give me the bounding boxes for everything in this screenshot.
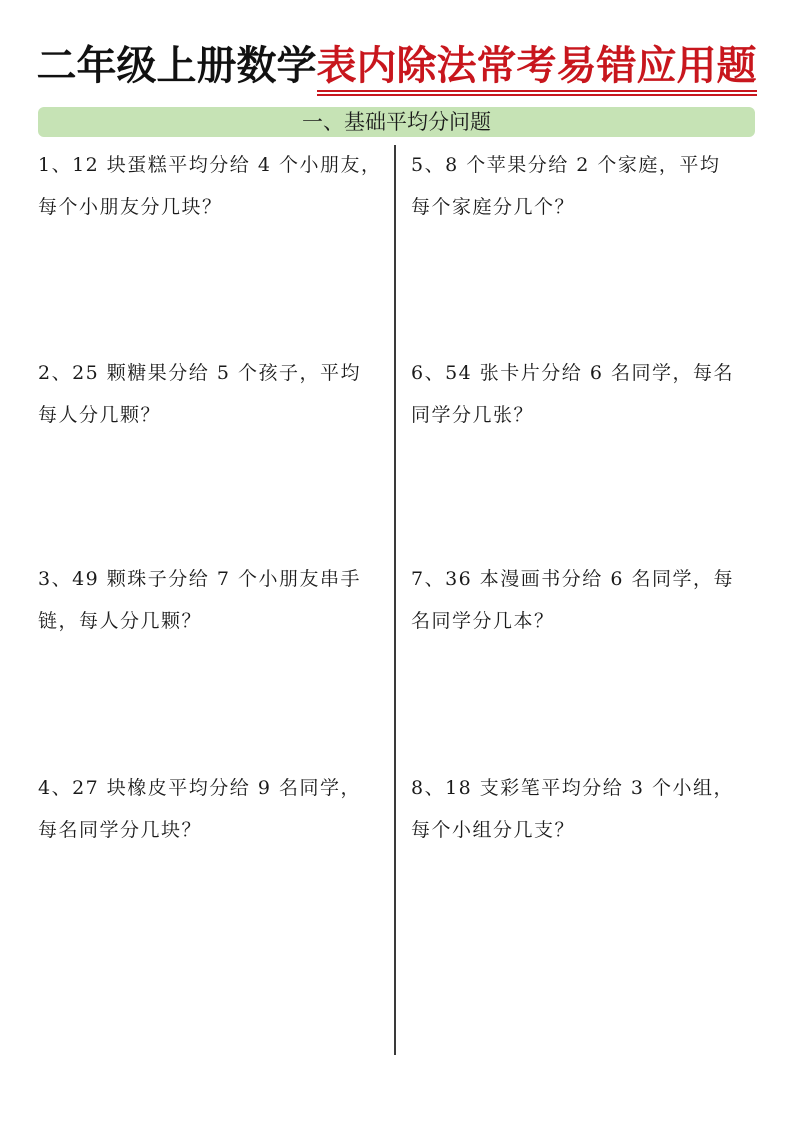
title-grade-subject: 二年级上册数学 <box>37 43 317 89</box>
question-line: 链，每人分几颗？ <box>38 600 388 642</box>
question-line: 6、54 张卡片分给 6 名同学，每名 <box>411 352 761 394</box>
question-line: 名同学分几本？ <box>411 600 761 642</box>
question-line: 8、18 支彩笔平均分给 3 个小组， <box>411 767 761 809</box>
question-3: 3、49 颗珠子分给 7 个小朋友串手 链，每人分几颗？ <box>38 558 388 642</box>
question-6: 6、54 张卡片分给 6 名同学，每名 同学分几张？ <box>411 352 761 436</box>
question-8: 8、18 支彩笔平均分给 3 个小组， 每个小组分几支？ <box>411 767 761 851</box>
question-line: 2、25 颗糖果分给 5 个孩子，平均 <box>38 352 388 394</box>
column-divider <box>394 145 396 1055</box>
question-line: 每个家庭分几个？ <box>411 186 761 228</box>
question-line: 3、49 颗珠子分给 7 个小朋友串手 <box>38 558 388 600</box>
question-4: 4、27 块橡皮平均分给 9 名同学， 每名同学分几块？ <box>38 767 388 851</box>
title-topic: 表内除法常考易错应用题 <box>317 42 757 90</box>
question-2: 2、25 颗糖果分给 5 个孩子，平均 每人分几颗？ <box>38 352 388 436</box>
question-7: 7、36 本漫画书分给 6 名同学，每 名同学分几本？ <box>411 558 761 642</box>
question-5: 5、8 个苹果分给 2 个家庭，平均 每个家庭分几个？ <box>411 144 761 228</box>
question-line: 每人分几颗？ <box>38 394 388 436</box>
question-line: 每名同学分几块？ <box>38 809 388 851</box>
section-header: 一、基础平均分问题 <box>38 107 755 137</box>
page-title: 二年级上册数学表内除法常考易错应用题 <box>0 42 793 90</box>
question-line: 5、8 个苹果分给 2 个家庭，平均 <box>411 144 761 186</box>
question-line: 同学分几张？ <box>411 394 761 436</box>
question-line: 每个小组分几支？ <box>411 809 761 851</box>
question-line: 1、12 块蛋糕平均分给 4 个小朋友， <box>38 144 388 186</box>
question-1: 1、12 块蛋糕平均分给 4 个小朋友， 每个小朋友分几块？ <box>38 144 388 228</box>
question-line: 7、36 本漫画书分给 6 名同学，每 <box>411 558 761 600</box>
question-line: 4、27 块橡皮平均分给 9 名同学， <box>38 767 388 809</box>
question-line: 每个小朋友分几块？ <box>38 186 388 228</box>
